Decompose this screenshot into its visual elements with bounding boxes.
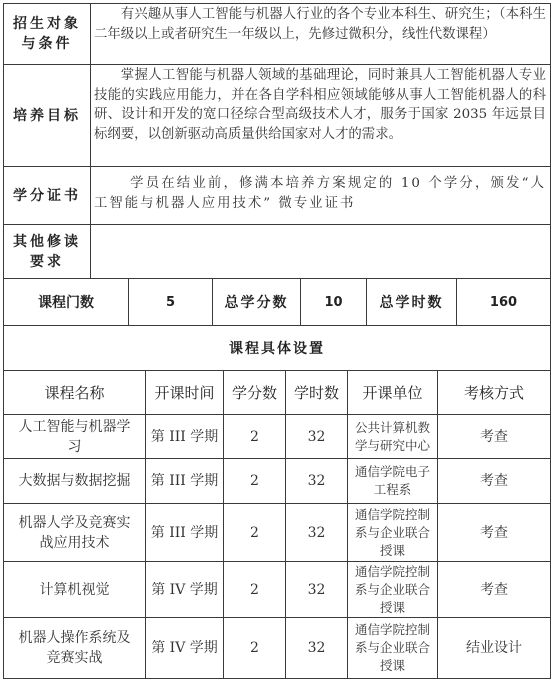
course-term: 第 III 学期 <box>146 459 223 503</box>
text-line: 公共计算机教 <box>355 419 430 437</box>
course-unit: 公共计算机教 学与研究中心 <box>348 415 437 458</box>
header-hours: 学时数 <box>286 371 347 414</box>
header-term: 开课时间 <box>146 371 223 414</box>
label-line: 与条件 <box>22 34 73 54</box>
course-unit: 通信学院电子 工程系 <box>348 459 437 503</box>
course-hours: 32 <box>286 562 347 617</box>
label-line: 招生对象 <box>13 14 81 34</box>
header-course-name: 课程名称 <box>4 371 145 414</box>
text-line: 授课 <box>380 657 405 675</box>
text-line: 系与企业联合 <box>355 524 430 542</box>
text-line: 竞赛实战 <box>47 648 103 668</box>
enrollment-label: 招生对象 与条件 <box>4 4 90 64</box>
text-line: 通信学院电子 <box>355 463 430 481</box>
text-line: 通信学院控制 <box>355 563 430 581</box>
course-term: 第 III 学期 <box>146 504 223 561</box>
certificate-label: 学分证书 <box>4 167 90 224</box>
label-line: 要求 <box>30 252 64 272</box>
text-line: 通信学院控制 <box>355 506 430 524</box>
course-count-value: 5 <box>129 279 212 325</box>
text-line: 机器人学及竞赛实 <box>19 513 131 533</box>
header-unit: 开课单位 <box>348 371 437 414</box>
text-line: 通信学院控制 <box>355 621 430 639</box>
text-line: 工程系 <box>374 481 412 499</box>
course-unit: 通信学院控制 系与企业联合 授课 <box>348 618 437 678</box>
text-line: 战应用技术 <box>40 533 110 553</box>
course-name: 机器人学及竞赛实 战应用技术 <box>4 504 145 561</box>
course-hours: 32 <box>286 459 347 503</box>
border-bottom <box>3 678 551 679</box>
course-assessment: 结业设计 <box>438 618 550 678</box>
text-line: 大数据与数据挖掘 <box>19 471 131 491</box>
course-hours: 32 <box>286 504 347 561</box>
course-name: 大数据与数据挖掘 <box>4 459 145 503</box>
course-name: 计算机视觉 <box>4 562 145 617</box>
text-line: 系与企业联合 <box>355 639 430 657</box>
course-credits: 2 <box>224 562 285 617</box>
course-credits: 2 <box>224 618 285 678</box>
text-line: 学与研究中心 <box>355 437 430 455</box>
section-title: 课程具体设置 <box>4 326 550 370</box>
certificate-text: 学员在结业前，修满本培养方案规定的 10 个学分，颁发“人工智能与机器人应用技术… <box>94 174 546 213</box>
header-assessment: 考核方式 <box>438 371 550 414</box>
text-line: 习 <box>68 437 82 457</box>
course-credits: 2 <box>224 504 285 561</box>
course-credits: 2 <box>224 415 285 458</box>
course-assessment: 考查 <box>438 415 550 458</box>
enrollment-text: 有兴趣从事人工智能与机器人行业的各个专业本科生、研究生；（本科生二年级以上或者研… <box>94 5 546 44</box>
course-name: 人工智能与机器学 习 <box>4 415 145 458</box>
course-unit: 通信学院控制 系与企业联合 授课 <box>348 562 437 617</box>
divider <box>90 3 91 278</box>
course-assessment: 考查 <box>438 562 550 617</box>
label-line: 其他修读 <box>13 232 81 252</box>
course-name: 机器人操作系统及 竞赛实战 <box>4 618 145 678</box>
objective-text: 掌握人工智能与机器人领域的基础理论，同时兼具人工智能机器人专业技能的实践应用能力… <box>94 66 546 144</box>
objective-label: 培养目标 <box>4 65 90 166</box>
course-unit: 通信学院控制 系与企业联合 授课 <box>348 504 437 561</box>
border-right <box>550 3 551 679</box>
text-line: 授课 <box>380 599 405 617</box>
total-hours-label: 总学时数 <box>367 279 456 325</box>
course-hours: 32 <box>286 618 347 678</box>
text-line: 授课 <box>380 542 405 560</box>
course-assessment: 考查 <box>438 504 550 561</box>
text-line: 人工智能与机器学 <box>19 417 131 437</box>
course-term: 第 IV 学期 <box>146 562 223 617</box>
course-term: 第 IV 学期 <box>146 618 223 678</box>
header-credits: 学分数 <box>224 371 285 414</box>
text-line: 系与企业联合 <box>355 581 430 599</box>
text-line: 计算机视觉 <box>40 580 110 600</box>
course-assessment: 考查 <box>438 459 550 503</box>
course-credits: 2 <box>224 459 285 503</box>
course-term: 第 III 学期 <box>146 415 223 458</box>
total-credits-value: 10 <box>301 279 366 325</box>
course-count-label: 课程门数 <box>4 279 128 325</box>
total-hours-value: 160 <box>457 279 550 325</box>
text-line: 机器人操作系统及 <box>19 628 131 648</box>
total-credits-label: 总学分数 <box>213 279 300 325</box>
course-hours: 32 <box>286 415 347 458</box>
other-requirements-label: 其他修读 要求 <box>4 225 90 278</box>
